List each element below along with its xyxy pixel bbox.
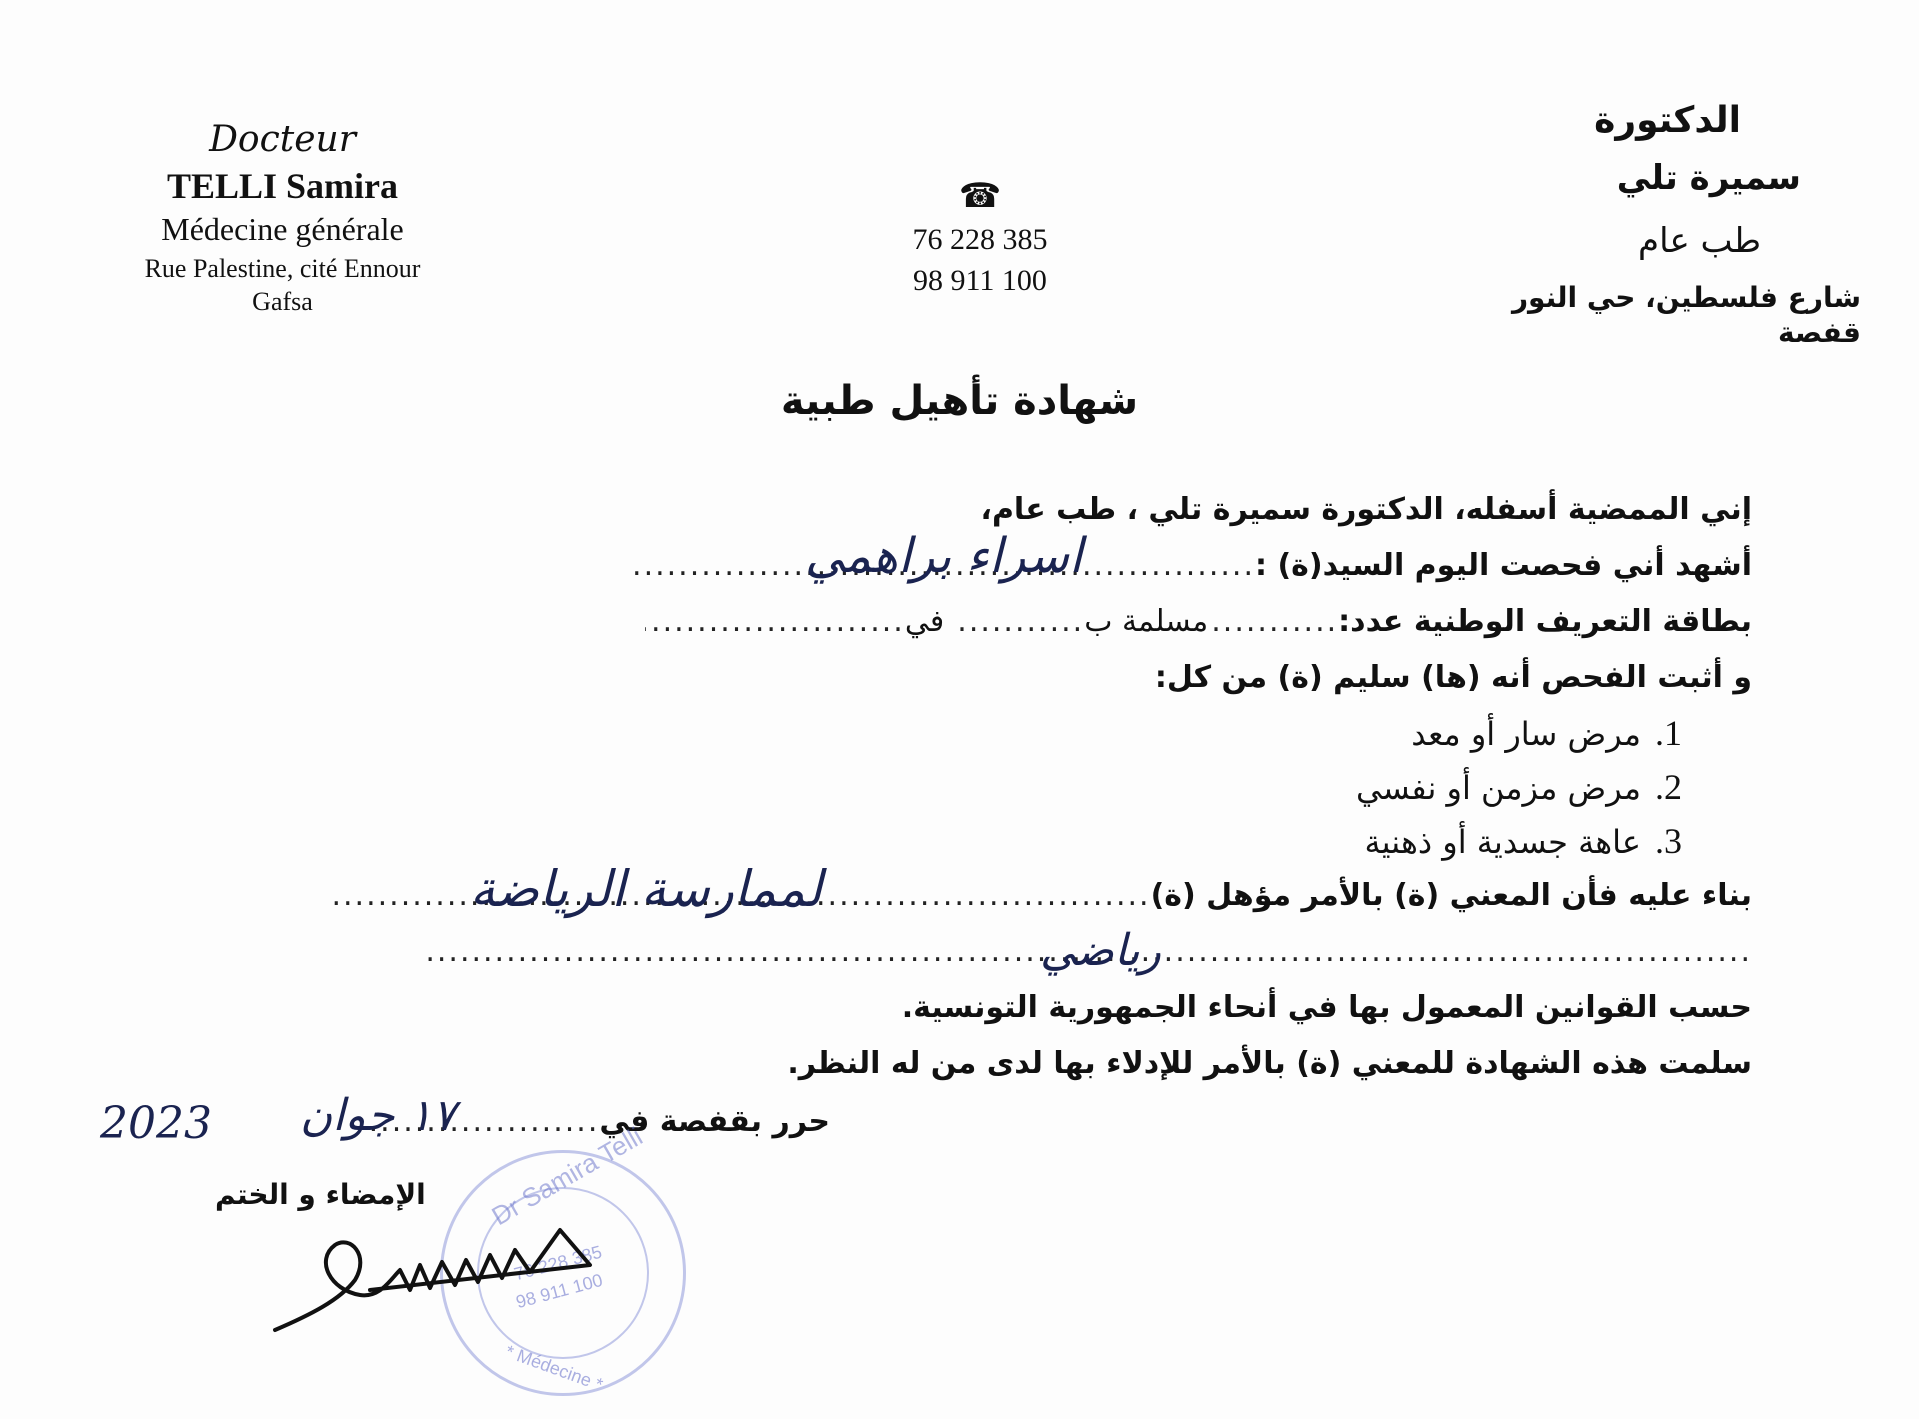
declaration-text: إني الممضية أسفله، الدكتورة سميرة تلي ، … — [981, 492, 1752, 527]
law-line: حسب القوانين المعمول بها في أنحاء الجمهو… — [322, 980, 1752, 1036]
qualification-line-2: ........................................… — [322, 924, 1752, 980]
condition-item: 2.مرض مزمن أو نفسي — [322, 760, 1682, 814]
handwritten-date-day-month: ١٧ جوان — [300, 1090, 456, 1141]
handwritten-qualification-2: رياضي — [1040, 925, 1161, 976]
doctor-title-fr: Docteur — [95, 118, 470, 161]
handwritten-date-year: 2023 — [100, 1098, 212, 1149]
handwritten-patient-name: اسراء براهمي — [805, 528, 1082, 584]
issued-line: سلمت هذه الشهادة للمعني (ة) بالأمر للإدل… — [322, 1036, 1752, 1092]
id-card-label: بطاقة التعريف الوطنية عدد: — [1338, 604, 1752, 639]
issued-on-field: ................................... — [645, 594, 905, 650]
exam-result-text: و أثبت الفحص أنه (ها) سليم (ة) من كل: — [1155, 660, 1752, 695]
id-card-line: بطاقة التعريف الوطنية عدد:...........مسل… — [322, 594, 1752, 650]
phone-number-2: 98 911 100 — [880, 261, 1080, 302]
doctor-address-ar: شارع فلسطين، حي النور قفصة — [1421, 280, 1861, 350]
issued-by-label: مسلمة ب — [1084, 604, 1208, 639]
doctor-city-fr: Gafsa — [95, 286, 470, 317]
law-text: حسب القوانين المعمول بها في أنحاء الجمهو… — [902, 990, 1752, 1025]
issued-text: سلمت هذه الشهادة للمعني (ة) بالأمر للإدل… — [787, 1046, 1752, 1081]
telephone-icon: ☎ — [880, 180, 1080, 214]
signature-stamp-label: الإمضاء و الختم — [215, 1178, 426, 1211]
doctor-specialty-fr: Médecine générale — [95, 210, 470, 248]
condition-item: 1.مرض سار أو معد — [322, 706, 1682, 760]
doctor-header-ar: الدكتورة سميرة تلي طب عام شارع فلسطين، ح… — [1421, 98, 1861, 350]
signature-icon — [270, 1210, 610, 1340]
doctor-specialty-ar: طب عام — [1421, 220, 1861, 263]
exam-result-line: و أثبت الفحص أنه (ها) سليم (ة) من كل: — [322, 650, 1752, 706]
doctor-name-fr: TELLI Samira — [95, 165, 470, 208]
phone-number-1: 76 228 385 — [880, 220, 1080, 261]
conditions-list: 1.مرض سار أو معد 2.مرض مزمن أو نفسي 3.عا… — [322, 706, 1752, 868]
phone-block: ☎ 76 228 385 98 911 100 — [880, 180, 1080, 301]
document-title: شهادة تأهيل طبية — [0, 378, 1919, 424]
doctor-name-ar: سميرة تلي — [1421, 157, 1861, 200]
issued-on-label: في — [905, 604, 944, 639]
qualification-label: بناء عليه فأن المعني (ة) بالأمر مؤهل (ة) — [1151, 878, 1752, 913]
doctor-address-fr: Rue Palestine, cité Ennour — [95, 253, 470, 284]
id-number-field: ........... — [1208, 594, 1338, 650]
issued-by-field: ........... — [944, 594, 1084, 650]
handwritten-qualification-1: لممارسة الرياضة — [470, 860, 822, 918]
doctor-title-ar: الدكتورة — [1421, 98, 1801, 143]
doctor-header-fr: Docteur TELLI Samira Médecine générale R… — [95, 118, 470, 317]
patient-label: أشهد أني فحصت اليوم السيد(ة) : — [1255, 548, 1752, 583]
